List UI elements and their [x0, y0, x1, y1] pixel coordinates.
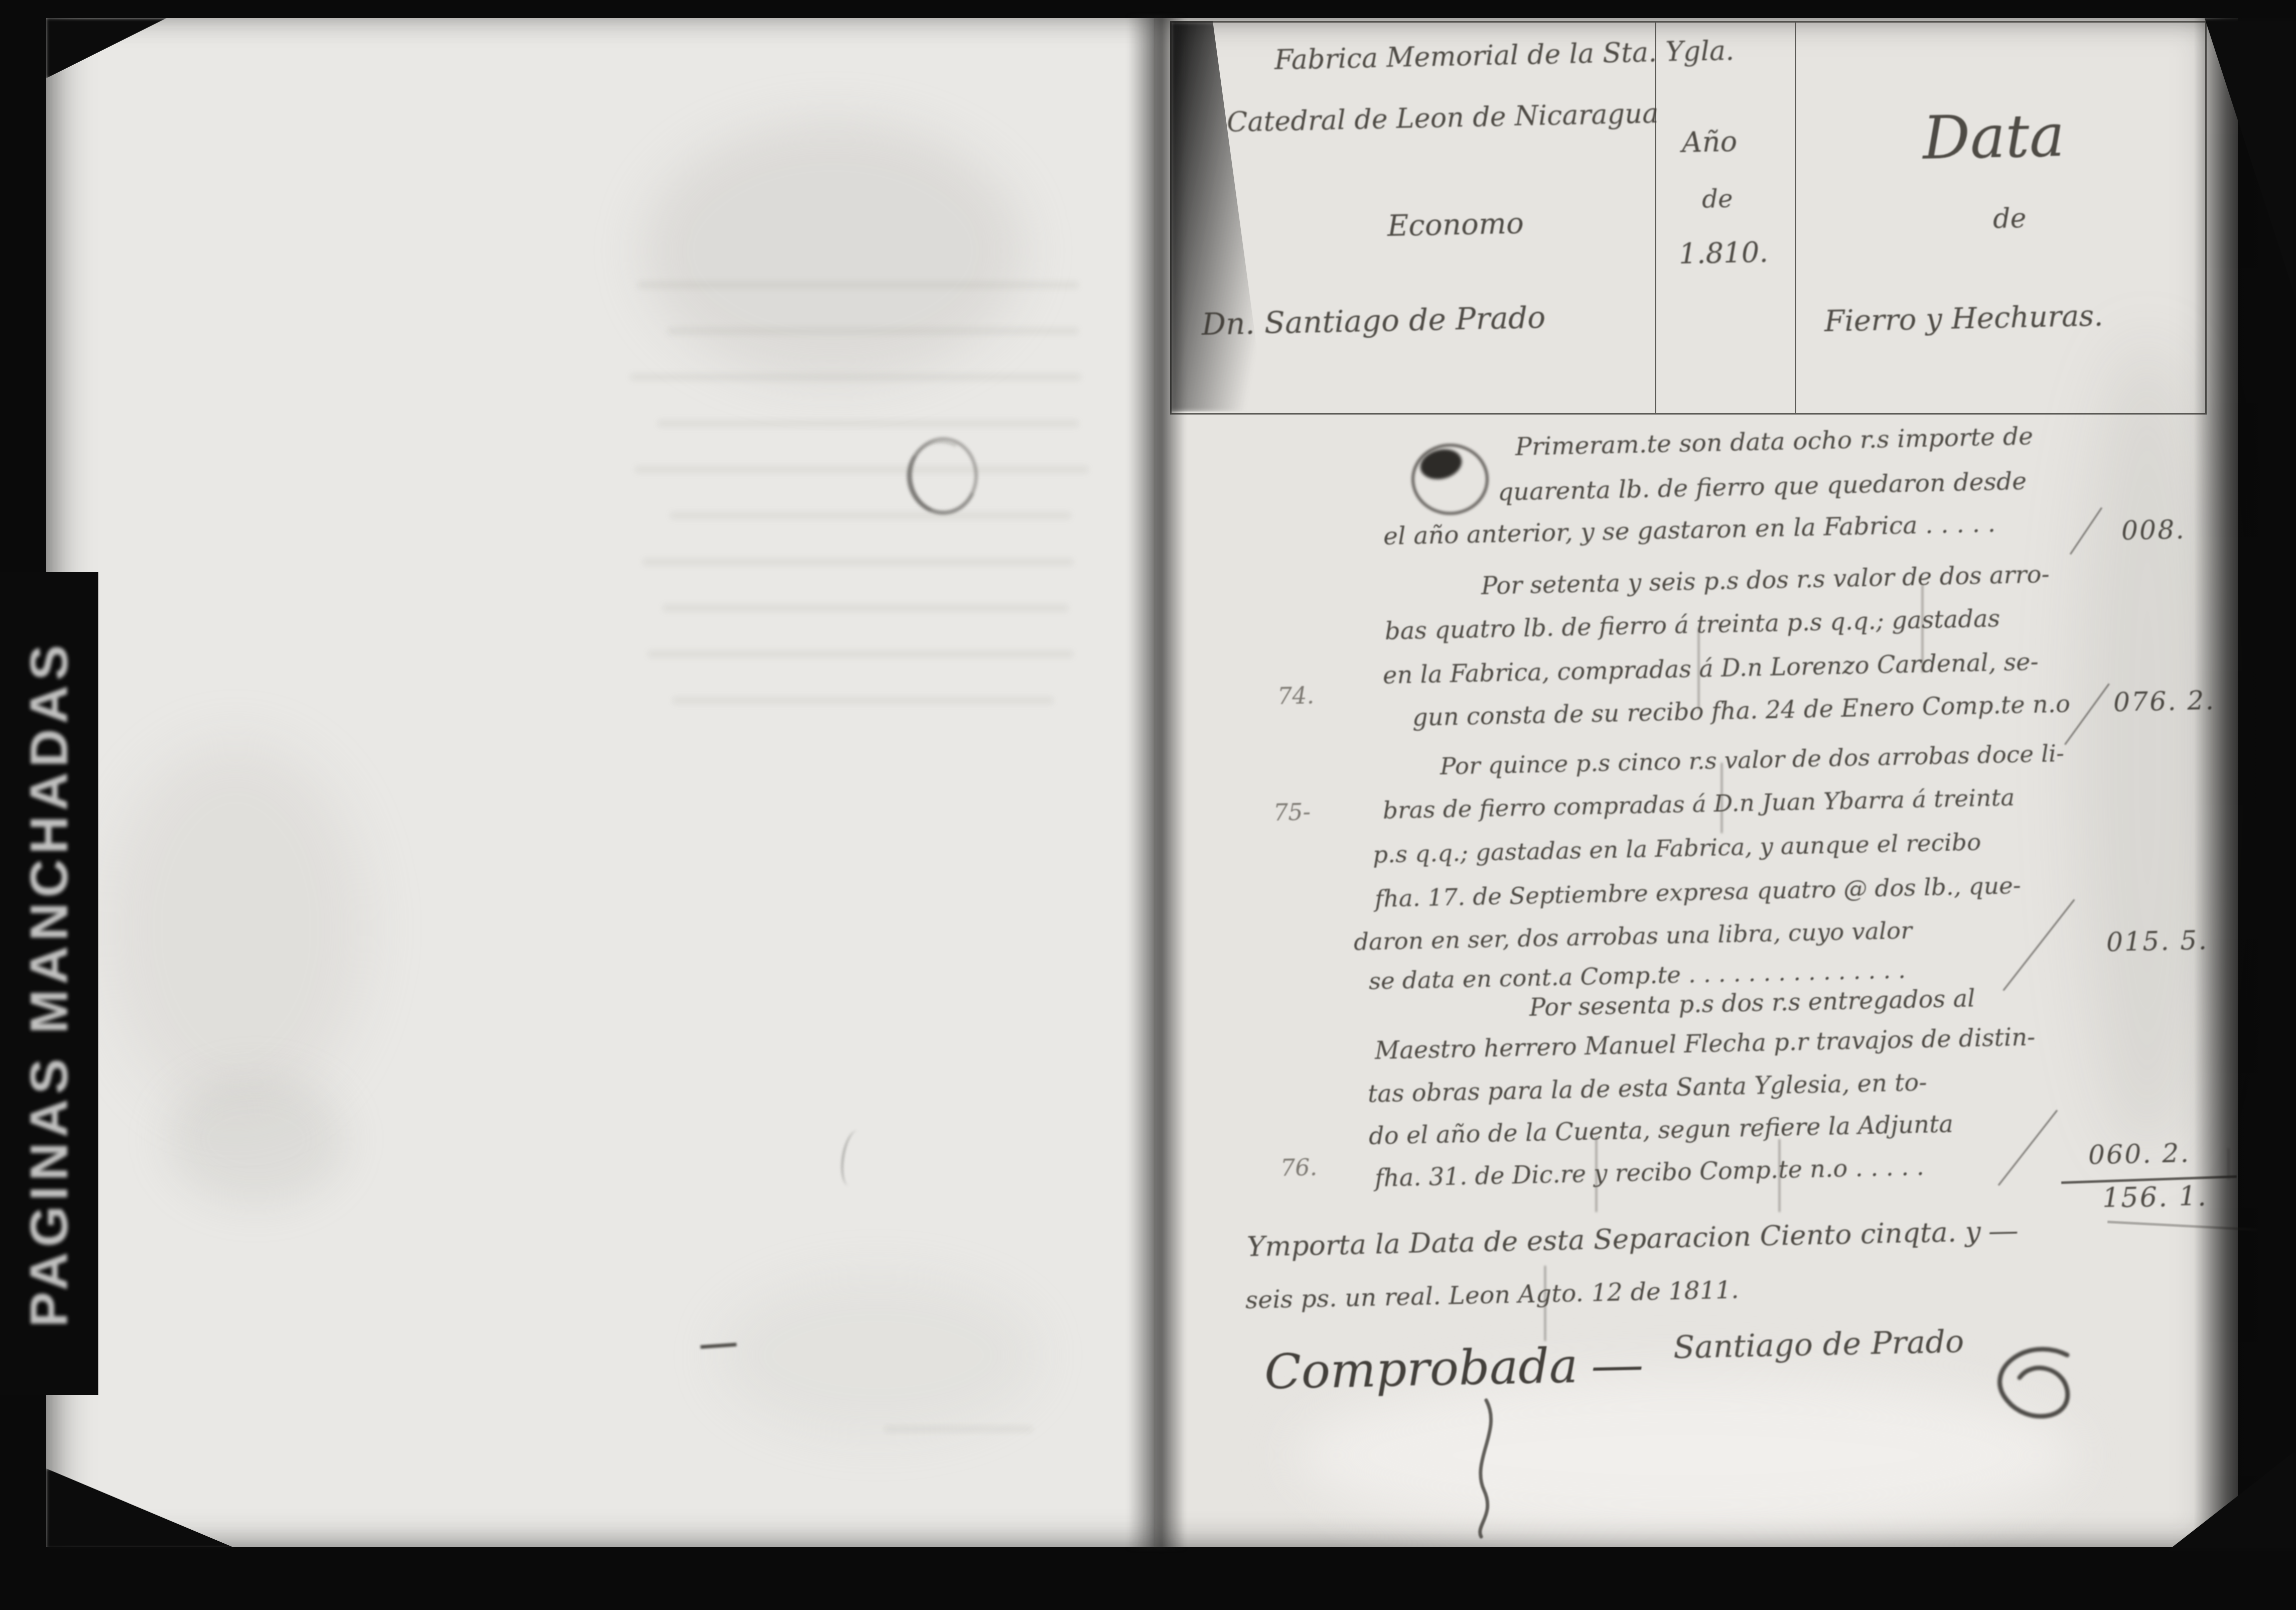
descender-flourish: [1922, 585, 1923, 673]
bleedthrough-line: [635, 466, 1089, 473]
entry4-amount: 060. 2.: [2088, 1138, 2190, 1170]
entry3-amount: 015. 5.: [2106, 925, 2208, 958]
bleedthrough-line: [670, 512, 1071, 519]
header-column-divider: [1655, 23, 1656, 413]
descender-flourish: [1721, 763, 1723, 833]
descender-flourish: [1779, 1139, 1780, 1212]
bleedthrough-line: [667, 327, 1079, 335]
signature: Santiago de Prado: [1673, 1323, 1964, 1366]
entry3-margin-number: 75-: [1273, 798, 1311, 826]
year-de: de: [1701, 184, 1733, 214]
header-column-divider: [1795, 23, 1796, 413]
year-value: 1.810.: [1678, 236, 1768, 271]
bleedthrough-line: [647, 650, 1074, 658]
role-label: Economo: [1387, 206, 1524, 243]
header-table: [1170, 21, 2207, 415]
signature-rubric: [1972, 1335, 2092, 1455]
section-de: de: [1992, 202, 2027, 234]
bleedthrough-line: [637, 281, 1079, 289]
entry4-margin-number: 76.: [1280, 1153, 1317, 1181]
officer-name: Dn. Santiago de Prado: [1201, 300, 1546, 342]
approval-flourish: [1455, 1400, 1525, 1541]
page-highlight: [1295, 1375, 2077, 1536]
microfilm-frame: Fabrica Memorial de la Sta. Ygla. Catedr…: [0, 0, 2296, 1610]
bleedthrough-line: [630, 373, 1081, 381]
bleedthrough-line: [642, 558, 1074, 566]
film-border-bottom: [0, 1547, 2296, 1610]
approval-note: Comprobada ―: [1264, 1336, 1642, 1400]
stained-pages-strip: PAGINAS MANCHADAS: [0, 572, 98, 1395]
descender-flourish: [1544, 1266, 1546, 1341]
page-stain: [166, 1074, 346, 1204]
bleedthrough-line: [883, 1425, 1034, 1433]
descender-flourish: [1698, 627, 1699, 710]
stained-pages-strip-label: PAGINAS MANCHADAS: [19, 640, 80, 1327]
entry1-amount: 008.: [2121, 514, 2186, 546]
section-subtitle: Fierro y Hechuras.: [1824, 298, 2103, 338]
bleedthrough-line: [662, 604, 1069, 612]
bleedthrough-line: [672, 697, 1054, 704]
page-stain: [642, 120, 1024, 381]
descender-flourish: [1596, 1137, 1597, 1212]
year-word: Año: [1681, 125, 1738, 159]
entry2-margin-number: 74.: [1277, 682, 1314, 710]
section-title: Data: [1922, 100, 2066, 173]
page-stain: [105, 743, 366, 1114]
page-stain: [717, 1275, 1039, 1435]
book-gutter-shadow: [1127, 15, 1186, 1550]
total-amount: 156. 1.: [2102, 1180, 2208, 1214]
bleedthrough-line: [657, 420, 1079, 427]
